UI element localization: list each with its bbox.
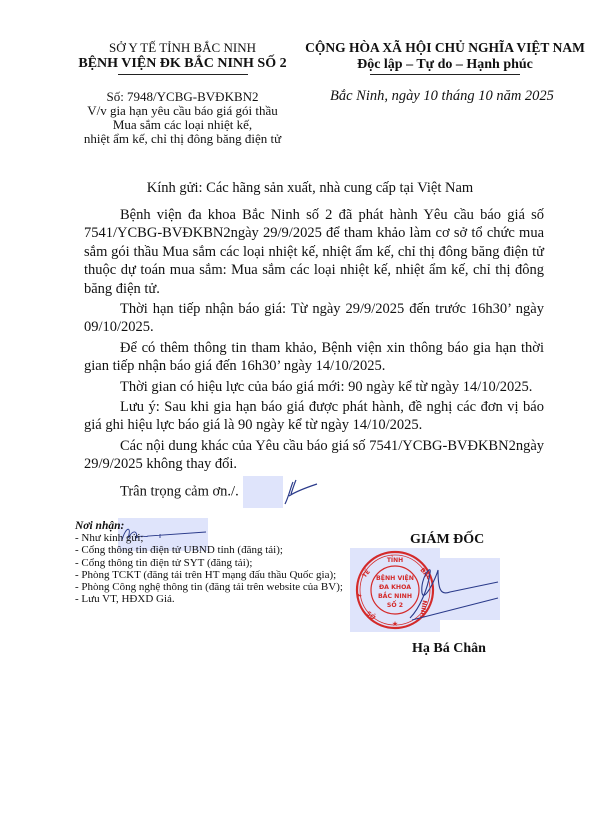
- svg-text:SỞ: SỞ: [365, 609, 378, 622]
- svg-text:BẮC NINH: BẮC NINH: [378, 590, 412, 600]
- svg-text:★: ★: [392, 620, 398, 628]
- svg-text:ĐA KHOA: ĐA KHOA: [379, 584, 411, 591]
- recipient-item: - Lưu VT, HĐXD Giá.: [75, 593, 375, 605]
- document-number: Số: 7948/YCBG-BVĐKBN2: [50, 89, 315, 104]
- recipient-item: - Như kính gửi;: [75, 532, 375, 544]
- body-paragraph: Lưu ý: Sau khi gia hạn báo giá được phát…: [84, 398, 544, 435]
- svg-text:BỆNH VIỆN: BỆNH VIỆN: [376, 573, 414, 582]
- body-paragraph: Để có thêm thông tin tham khảo, Bệnh việ…: [84, 339, 544, 376]
- dateline: Bắc Ninh, ngày 10 tháng 10 năm 2025: [330, 88, 590, 105]
- body-paragraph: Thời hạn tiếp nhận báo giá: Từ ngày 29/9…: [84, 300, 544, 337]
- recipients-block: Nơi nhận: - Như kính gửi; - Cổng thông t…: [75, 520, 375, 605]
- signer-name: Hạ Bá Chân: [412, 641, 486, 657]
- letter-body: Bệnh viện đa khoa Bắc Ninh số 2 đã phát …: [84, 206, 544, 508]
- recipient-item: - Cổng thông tin điện tử SYT (đăng tải);: [75, 557, 375, 569]
- closing-text: Trân trọng cảm ơn./.: [120, 483, 239, 499]
- subject-line-1: V/v gia hạn yêu cầu báo giá gói thầu: [50, 104, 315, 118]
- motto-divider: [370, 74, 520, 75]
- salutation: Kính gửi: Các hãng sản xuất, nhà cung cấ…: [60, 180, 560, 197]
- header-divider: [118, 74, 248, 75]
- body-paragraph: Thời gian có hiệu lực của báo giá mới: 9…: [84, 378, 544, 396]
- closing-line: Trân trọng cảm ơn./.: [84, 476, 544, 508]
- agency-name: SỞ Y TẾ TỈNH BẮC NINH: [50, 40, 315, 56]
- svg-text:TỈNH: TỈNH: [387, 556, 403, 564]
- recipient-item: - Phòng Công nghệ thông tin (đăng tải tr…: [75, 581, 375, 593]
- national-motto: Độc lập – Tự do – Hạnh phúc: [300, 56, 590, 73]
- stamp-and-signature: TỈNH TẾ Y BẮC NINH SỞ BỆNH VIỆN ĐA KHOA …: [350, 548, 500, 632]
- issuer-block: SỞ Y TẾ TỈNH BẮC NINH BỆNH VIỆN ĐK BẮC N…: [50, 40, 315, 146]
- svg-text:SỐ 2: SỐ 2: [387, 599, 403, 609]
- initial-signature-icon: [243, 476, 283, 508]
- national-header: CỘNG HÒA XÃ HỘI CHỦ NGHĨA VIỆT NAM Độc l…: [300, 40, 590, 75]
- svg-text:NINH: NINH: [418, 600, 428, 618]
- official-stamp-icon: TỈNH TẾ Y BẮC NINH SỞ BỆNH VIỆN ĐA KHOA …: [350, 548, 500, 632]
- recipient-item: - Cổng thông tin điện tử UBND tỉnh (đăng…: [75, 544, 375, 556]
- recipients-label: Nơi nhận:: [75, 520, 375, 532]
- subject-line-2: Mua sắm các loại nhiệt kế,: [50, 118, 315, 132]
- body-paragraph: Các nội dung khác của Yêu cầu báo giá số…: [84, 437, 544, 474]
- nation-title: CỘNG HÒA XÃ HỘI CHỦ NGHĨA VIỆT NAM: [300, 40, 590, 56]
- signer-title: GIÁM ĐỐC: [410, 532, 484, 548]
- recipient-item: - Phòng TCKT (đăng tải trên HT mạng đấu …: [75, 569, 375, 581]
- body-paragraph: Bệnh viện đa khoa Bắc Ninh số 2 đã phát …: [84, 206, 544, 298]
- subject-line-3: nhiệt ẩm kế, chỉ thị đông băng điện tử: [50, 132, 315, 146]
- organization-name: BỆNH VIỆN ĐK BẮC NINH SỐ 2: [50, 56, 315, 72]
